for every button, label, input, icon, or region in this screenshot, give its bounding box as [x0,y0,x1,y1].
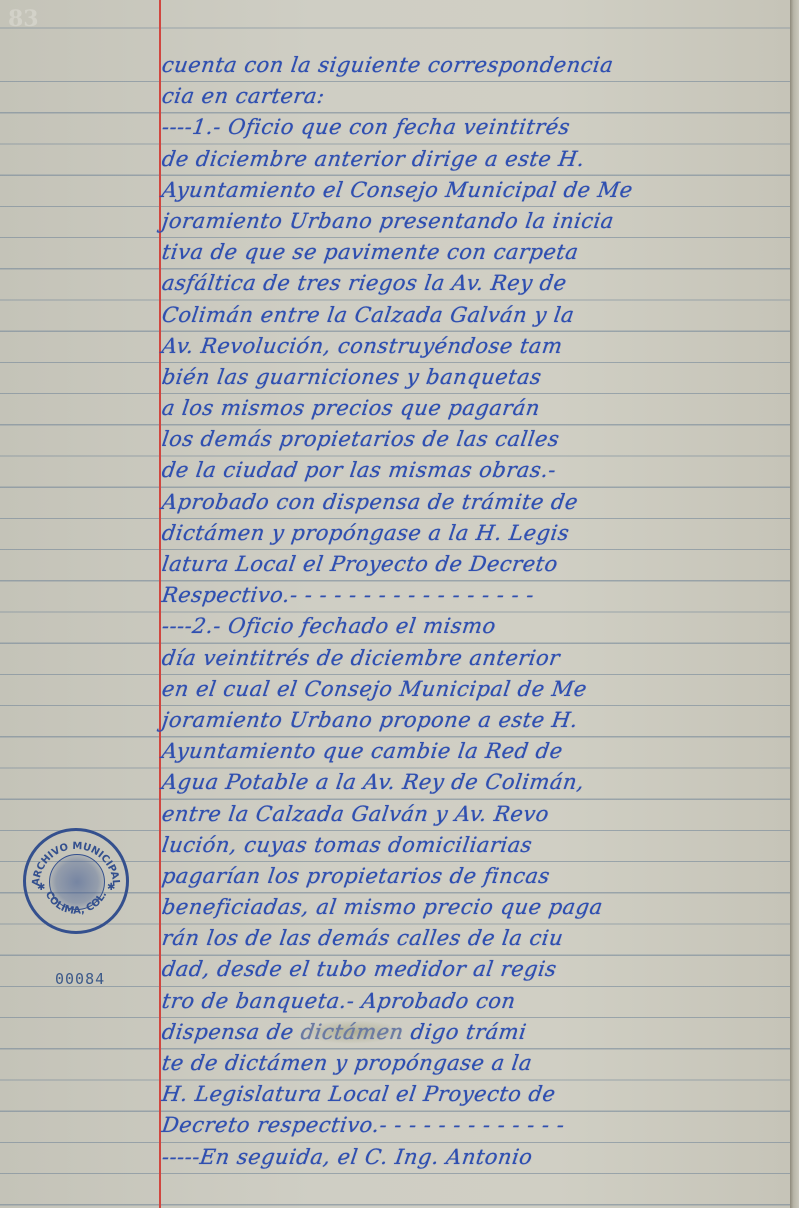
handwritten-line: Respectivo.- - - - - - - - - - - - - - -… [160,580,794,611]
handwritten-line: joramiento Urbano propone a este H. [160,705,794,736]
handwritten-text-block: cuenta con la siguiente correspondenciac… [162,50,792,1173]
handwritten-line: Aprobado con dispensa de trámite de [160,487,794,518]
handwritten-line: cuenta con la siguiente correspondencia [160,50,794,81]
handwritten-line: día veintitrés de diciembre anterior [160,643,794,674]
corner-page-mark: 83 [8,6,48,32]
handwritten-line: te de dictámen y propóngase a la [160,1048,794,1079]
handwritten-line: de la ciudad por las mismas obras.- [160,455,794,486]
handwritten-line: beneficiadas, al mismo precio que paga [160,892,794,923]
handwritten-line: tiva de que se pavimente con carpeta [160,237,794,268]
handwritten-line: Ayuntamiento que cambie la Red de [160,736,794,767]
handwritten-line: lución, cuyas tomas domiciliarias [160,830,794,861]
stamp-top-text: ARCHIVO MUNICIPAL [31,841,121,887]
handwritten-line: Decreto respectivo.- - - - - - - - - - -… [160,1110,794,1141]
handwritten-line: en el cual el Consejo Municipal de Me [160,674,794,705]
handwritten-line: asfáltica de tres riegos la Av. Rey de [160,268,794,299]
handwritten-line: pagarían los propietarios de fincas [160,861,794,892]
handwritten-line: a los mismos precios que pagarán [160,393,794,424]
handwritten-line: -----En seguida, el C. Ing. Antonio [160,1142,794,1173]
handwritten-line: rán los de las demás calles de la ciu [160,923,794,954]
archive-stamp: ARCHIVO MUNICIPAL COLIMA, COL. ✱ ✱ [23,828,129,934]
handwritten-line: bién las guarniciones y banquetas [160,362,794,393]
handwritten-line: de diciembre anterior dirige a este H. [160,144,794,175]
smudged-word: dictámen [299,1020,405,1044]
handwritten-line: tro de banqueta.- Aprobado con [160,986,794,1017]
handwritten-line: ----1.- Oficio que con fecha veintitrés [160,112,794,143]
handwritten-line: dad, desde el tubo medidor al regis [160,954,794,985]
handwritten-line: latura Local el Proyecto de Decreto [160,549,794,580]
svg-text:ARCHIVO MUNICIPAL: ARCHIVO MUNICIPAL [31,841,121,887]
handwritten-line: Agua Potable a la Av. Rey de Colimán, [160,767,794,798]
stamp-bottom-text: COLIMA, COL. [43,890,109,917]
handwritten-line: Colimán entre la Calzada Galván y la [160,300,794,331]
handwritten-line: entre la Calzada Galván y Av. Revo [160,799,794,830]
handwritten-line: dispensa de dictámen digo trámi [160,1017,794,1048]
handwritten-line: joramiento Urbano presentando la inicia [160,206,794,237]
stamp-text-ring: ARCHIVO MUNICIPAL COLIMA, COL. ✱ ✱ [23,828,129,934]
stamp-star-left-icon: ✱ [37,882,45,893]
folio-number: 00084 [55,970,105,988]
handwritten-line: Ayuntamiento el Consejo Municipal de Me [160,175,794,206]
stamp-star-right-icon: ✱ [107,882,115,893]
handwritten-line: dictámen y propóngase a la H. Legis [160,518,794,549]
handwritten-line: H. Legislatura Local el Proyecto de [160,1079,794,1110]
handwritten-line: cia en cartera: [160,81,794,112]
handwritten-line: ----2.- Oficio fechado el mismo [160,611,794,642]
handwritten-line: Av. Revolución, construyéndose tam [160,331,794,362]
svg-text:COLIMA, COL.: COLIMA, COL. [43,890,109,917]
handwritten-line: los demás propietarios de las calles [160,424,794,455]
